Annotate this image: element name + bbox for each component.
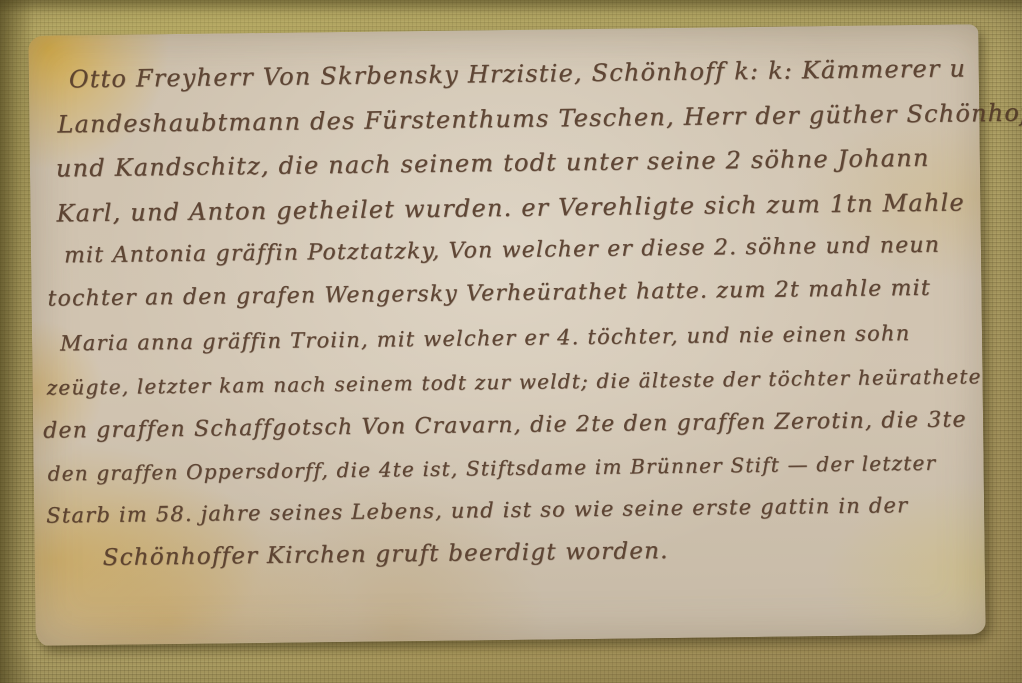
manuscript-line-11: Starb im 58. jahre seines Lebens, und is… xyxy=(46,495,908,527)
manuscript-line-7: Maria anna gräffin Troiin, mit welcher e… xyxy=(60,323,911,354)
manuscript-line-6: tochter an den grafen Wengersky Verheüra… xyxy=(47,278,931,311)
burlap-background: Otto Freyherr Von Skrbensky Hrzistie, Sc… xyxy=(0,0,1022,683)
manuscript-line-3: und Kandschitz, die nach seinem todt unt… xyxy=(56,146,930,181)
parchment-sheet: Otto Freyherr Von Skrbensky Hrzistie, Sc… xyxy=(28,24,985,646)
manuscript-line-8: zeügte, letzter kam nach seinem todt zur… xyxy=(46,366,981,397)
manuscript-line-1: Otto Freyherr Von Skrbensky Hrzistie, Sc… xyxy=(69,56,966,91)
manuscript-line-5: mit Antonia gräffin Potztatzky, Von welc… xyxy=(64,235,940,268)
manuscript-line-4: Karl, und Anton getheilet wurden. er Ver… xyxy=(56,190,965,225)
manuscript-line-10: den graffen Oppersdorff, die 4te ist, St… xyxy=(48,453,937,484)
manuscript-line-2: Landeshaubtmann des Fürstenthums Teschen… xyxy=(57,100,1022,136)
manuscript-line-12: Schönhoffer Kirchen gruft beerdigt worde… xyxy=(103,540,669,570)
manuscript-line-9: den graffen Schaffgotsch Von Cravarn, di… xyxy=(43,409,967,442)
